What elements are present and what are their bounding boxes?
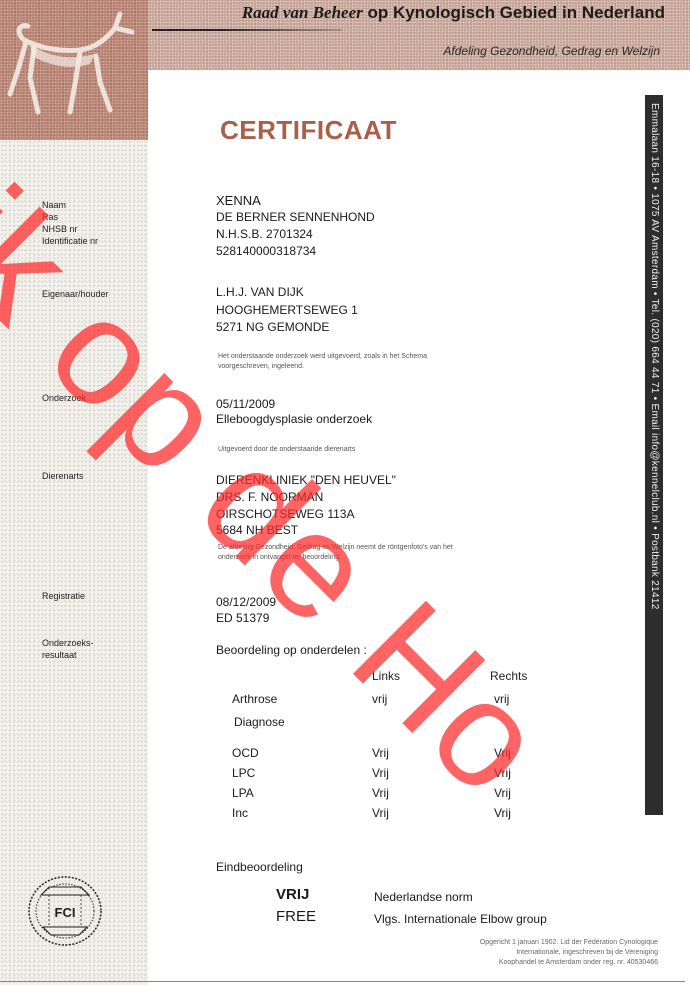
- row-left-value: Vrij: [372, 766, 389, 780]
- label-name: Naam: [42, 199, 66, 211]
- label-vet: Dierenarts: [42, 470, 84, 482]
- exam-date: 05/11/2009: [216, 397, 275, 412]
- column-left-header: Links: [372, 669, 400, 683]
- dog-figure-icon: [0, 0, 148, 140]
- header-rule: [152, 29, 342, 31]
- owner-line: L.H.J. VAN DIJK: [216, 285, 304, 300]
- fci-logo-icon: FCI: [25, 873, 105, 949]
- label-exam: Onderzoek: [42, 392, 86, 404]
- exam-type: Elleboogdysplasie onderzoek: [216, 412, 372, 427]
- svg-text:FCI: FCI: [55, 905, 76, 920]
- exam-note: Uitgevoerd door de onderstaande dierenar…: [218, 445, 478, 455]
- table-row: Inc Vrij Vrij: [232, 806, 532, 822]
- row-right-value: Vrij: [494, 766, 511, 780]
- vet-line: DIERENKLINIEK "DEN HEUVEL": [216, 473, 396, 488]
- result-heading: Beoordeling op onderdelen :: [216, 643, 367, 658]
- label-registration: Registratie: [42, 590, 85, 602]
- organization-name-italic: Raad van Beheer: [242, 3, 363, 22]
- row-label: LPA: [232, 786, 254, 800]
- verdict-en-description: Vlgs. Internationale Elbow group: [374, 912, 547, 926]
- row-label: LPC: [232, 766, 255, 780]
- row-right-value: Vrij: [494, 786, 511, 800]
- dog-identification: 528140000318734: [216, 244, 316, 259]
- owner-note: Het onderstaande onderzoek werd uitgevoe…: [218, 352, 478, 372]
- bottom-rule: [0, 981, 685, 982]
- organization-name-rest: op Kynologisch Gebied in Nederland: [363, 3, 665, 22]
- footer-note-line: Internationale, ingeschreven bij de Vere…: [398, 948, 658, 958]
- column-right-header: Rechts: [490, 669, 527, 683]
- vet-line: DRS. F. NOORMAN: [216, 490, 323, 505]
- owner-line: HOOGHEMERTSEWEG 1: [216, 303, 358, 318]
- final-assessment-label: Eindbeoordeling: [216, 860, 303, 874]
- verdict-nl-description: Nederlandse norm: [374, 890, 473, 904]
- row-label: OCD: [232, 746, 259, 760]
- label-nhsb: NHSB nr: [42, 223, 78, 235]
- contact-side-bar-text: Emmalaan 16-18 • 1075 AV Amsterdam • Tel…: [645, 95, 663, 815]
- label-breed: Ras: [42, 211, 58, 223]
- organization-logo: [0, 0, 148, 140]
- table-row: LPC Vrij Vrij: [232, 766, 532, 782]
- row-left-value: Vrij: [372, 746, 389, 760]
- left-column: [0, 0, 148, 985]
- row-left-value: Vrij: [372, 806, 389, 820]
- row-right-value: vrij: [494, 692, 509, 706]
- footer-note-line: Koophandel te Amsterdam onder reg. nr. 4…: [398, 958, 658, 968]
- row-left-value: vrij: [372, 692, 387, 706]
- label-owner: Eigenaar/houder: [42, 288, 109, 300]
- row-right-value: Vrij: [494, 806, 511, 820]
- arthrosis-row: Arthrose vrij vrij: [232, 692, 532, 708]
- label-identification: Identificatie nr: [42, 235, 98, 247]
- dog-breed: DE BERNER SENNENHOND: [216, 210, 375, 225]
- table-row: LPA Vrij Vrij: [232, 786, 532, 802]
- registration-date: 08/12/2009: [216, 595, 276, 610]
- verdict-en: FREE: [276, 908, 316, 925]
- dog-nhsb: N.H.S.B. 2701324: [216, 227, 313, 242]
- diagnosis-label: Diagnose: [234, 715, 285, 730]
- department-name: Afdeling Gezondheid, Gedrag en Welzijn: [443, 44, 660, 58]
- footer-note-line: Opgericht 1 januari 1902. Lid der Fédéra…: [398, 938, 658, 948]
- vet-line: OIRSCHOTSEWEG 113A: [216, 507, 354, 522]
- registration-number: ED 51379: [216, 611, 269, 626]
- label-result: Onderzoeks-resultaat: [42, 637, 112, 661]
- vet-line: 5684 NH BEST: [216, 523, 298, 538]
- verdict-nl: VRIJ: [276, 886, 309, 903]
- footer-note: Opgericht 1 januari 1902. Lid der Fédéra…: [398, 938, 658, 968]
- dog-name: XENNA: [216, 193, 261, 208]
- row-right-value: Vrij: [494, 746, 511, 760]
- row-left-value: Vrij: [372, 786, 389, 800]
- certificate-title: CERTIFICAAT: [220, 115, 397, 146]
- vet-note: De afdeling Gezondheid, Gedrag en Welzij…: [218, 543, 478, 563]
- row-label: Inc: [232, 806, 248, 820]
- table-row: OCD Vrij Vrij: [232, 746, 532, 762]
- row-label: Arthrose: [232, 692, 277, 706]
- owner-line: 5271 NG GEMONDE: [216, 320, 329, 335]
- organization-name: Raad van Beheer op Kynologisch Gebied in…: [165, 3, 665, 23]
